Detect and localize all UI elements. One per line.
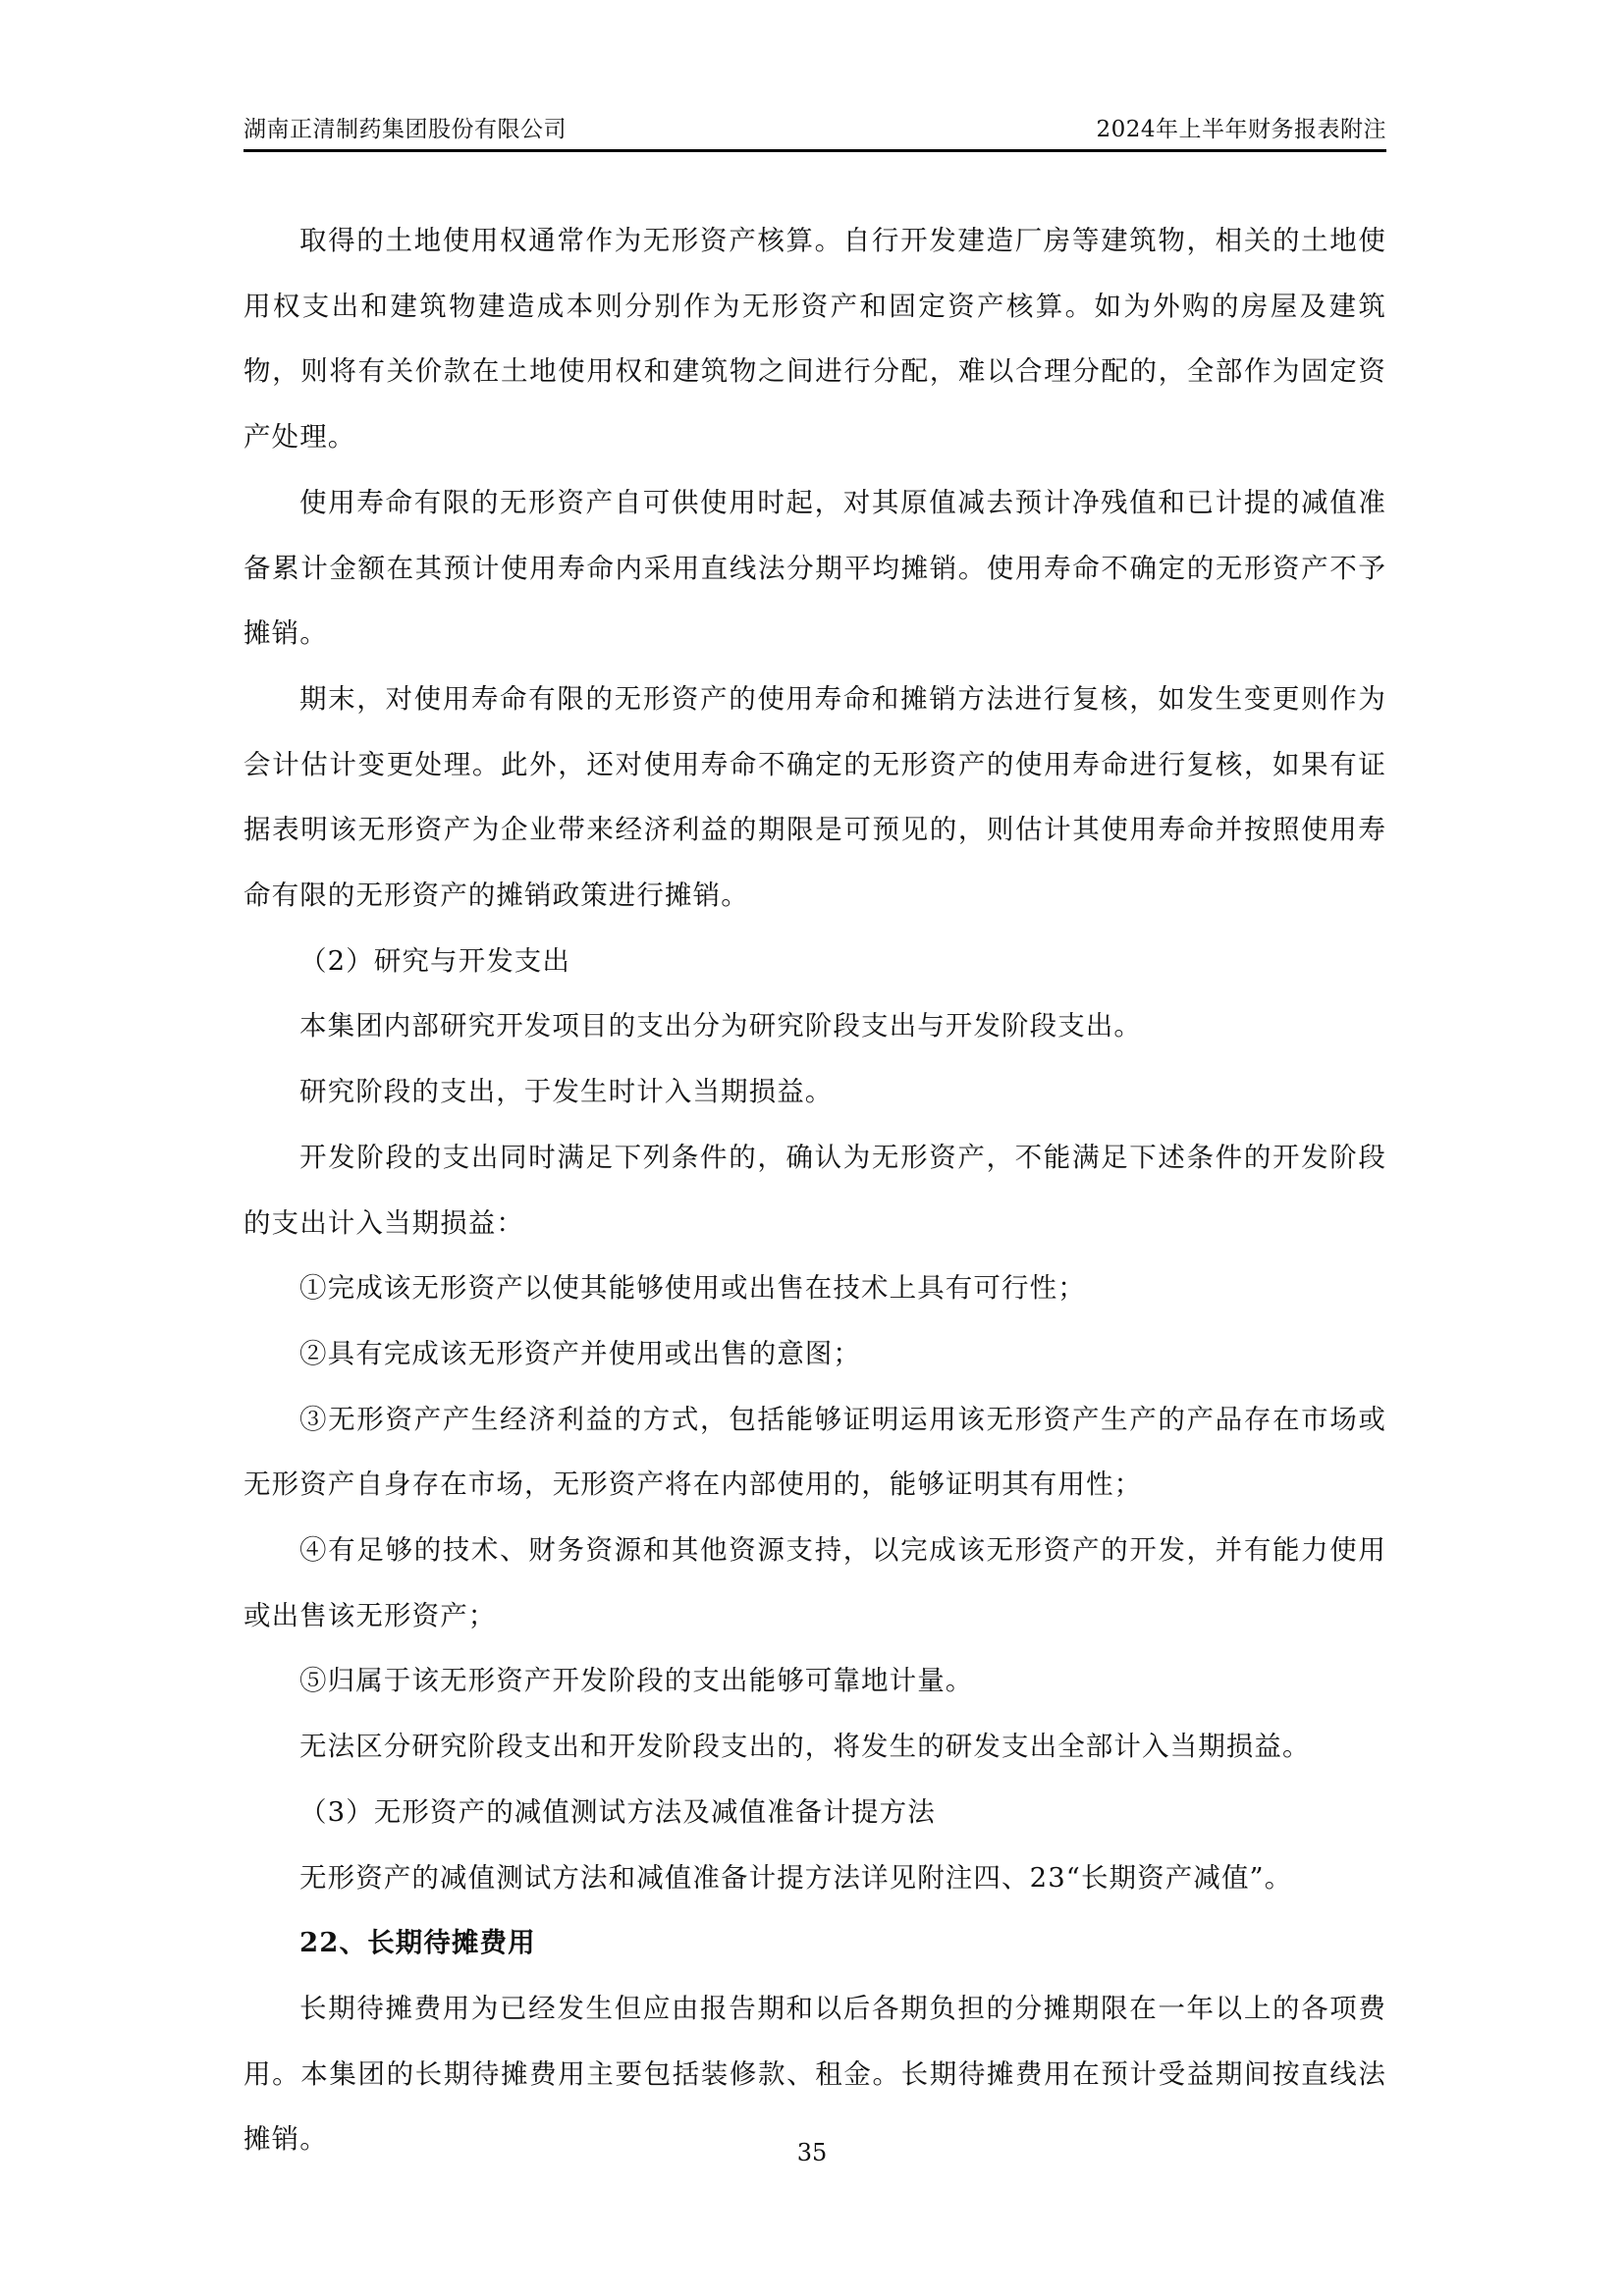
report-title: 2024年上半年财务报表附注: [1096, 116, 1386, 143]
paragraph-finite-life-amortization: 使用寿命有限的无形资产自可供使用时起，对其原值减去预计净残值和已计提的减值准备累…: [244, 470, 1386, 667]
paragraph-rd-split: 本集团内部研究开发项目的支出分为研究阶段支出与开发阶段支出。: [244, 993, 1386, 1059]
condition-item-2: ②具有完成该无形资产并使用或出售的意图；: [244, 1321, 1386, 1387]
subheading-rd-expenditure: （2）研究与开发支出: [244, 929, 1386, 994]
page-number: 35: [0, 2138, 1624, 2167]
condition-item-1: ①完成该无形资产以使其能够使用或出售在技术上具有可行性；: [244, 1255, 1386, 1321]
paragraph-period-end-review: 期末，对使用寿命有限的无形资产的使用寿命和摊销方法进行复核，如发生变更则作为会计…: [244, 667, 1386, 929]
subheading-impairment: （3）无形资产的减值测试方法及减值准备计提方法: [244, 1780, 1386, 1845]
paragraph-indistinguishable: 无法区分研究阶段支出和开发阶段支出的，将发生的研发支出全部计入当期损益。: [244, 1714, 1386, 1780]
paragraph-research-phase: 研究阶段的支出，于发生时计入当期损益。: [244, 1059, 1386, 1125]
company-name: 湖南正清制药集团股份有限公司: [244, 116, 567, 143]
condition-item-4: ④有足够的技术、财务资源和其他资源支持，以完成该无形资产的开发，并有能力使用或出…: [244, 1518, 1386, 1648]
page-header: 湖南正清制药集团股份有限公司 2024年上半年财务报表附注: [244, 110, 1386, 152]
paragraph-development-phase: 开发阶段的支出同时满足下列条件的，确认为无形资产，不能满足下述条件的开发阶段的支…: [244, 1125, 1386, 1255]
condition-item-3: ③无形资产产生经济利益的方式，包括能够证明运用该无形资产生产的产品存在市场或无形…: [244, 1387, 1386, 1518]
page-body: 取得的土地使用权通常作为无形资产核算。自行开发建造厂房等建筑物，相关的土地使用权…: [244, 208, 1386, 2172]
section-heading-22: 22、长期待摊费用: [244, 1910, 1386, 1976]
paragraph-land-use-rights: 取得的土地使用权通常作为无形资产核算。自行开发建造厂房等建筑物，相关的土地使用权…: [244, 208, 1386, 470]
condition-item-5: ⑤归属于该无形资产开发阶段的支出能够可靠地计量。: [244, 1648, 1386, 1714]
paragraph-impairment-reference: 无形资产的减值测试方法和减值准备计提方法详见附注四、23“长期资产减值”。: [244, 1845, 1386, 1911]
